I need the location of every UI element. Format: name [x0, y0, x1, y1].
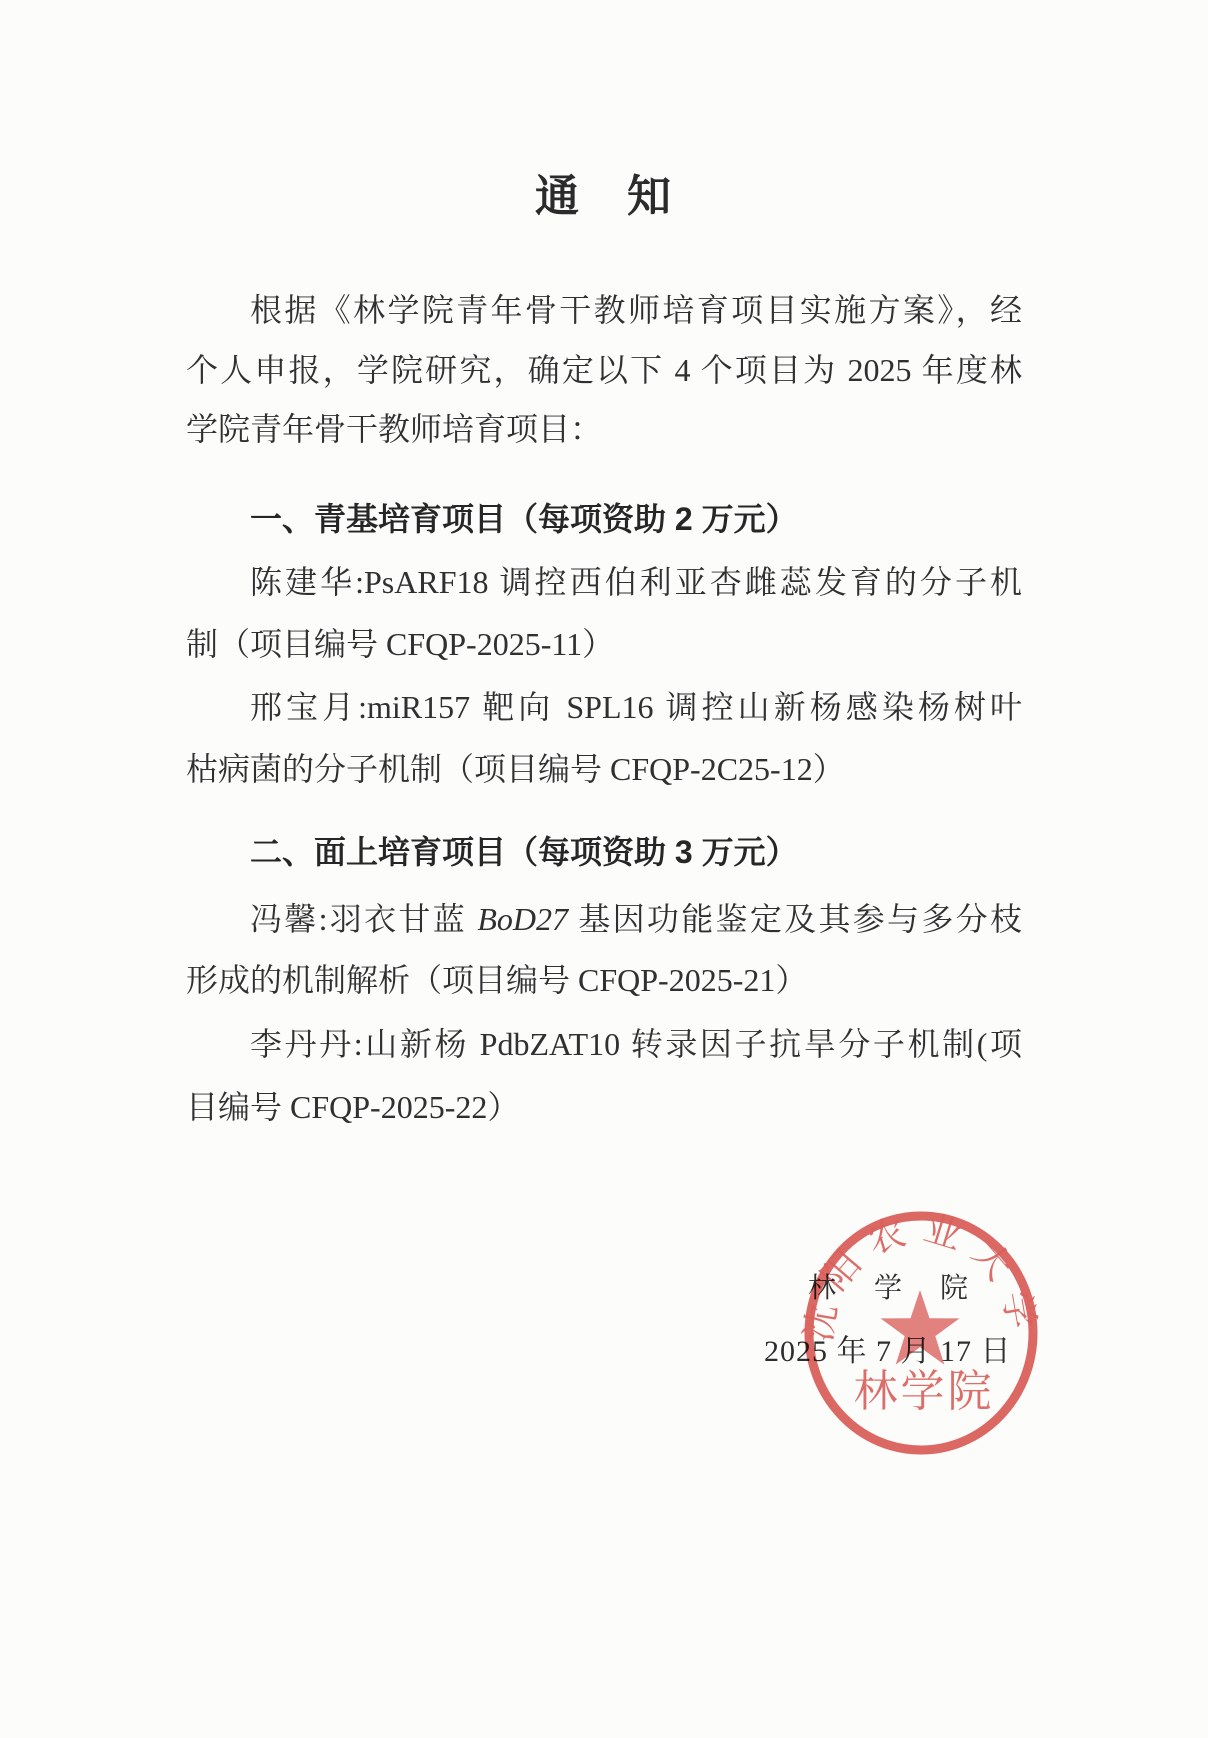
project-item-line: 目编号 CFQP-2025-22）: [186, 1086, 1022, 1128]
paragraph-line: 个人申报，学院研究，确定以下 4 个项目为 2025 年度林: [186, 349, 1022, 391]
project-item-line: 冯馨:羽衣甘蓝 BoD27 基因功能鉴定及其参与多分枝: [186, 898, 1022, 940]
project-item-line: 邢宝月:miR157 靶向 SPL16 调控山新杨感染杨树叶: [186, 686, 1022, 728]
seal-bottom-text: 林学院: [854, 1367, 995, 1416]
project-item-line: 形成的机制解析（项目编号 CFQP-2025-21）: [186, 959, 1022, 1001]
section1-heading: 一、青基培育项目（每项资助 2 万元）: [186, 498, 1022, 540]
item-text-prefix: 冯馨:羽衣甘蓝: [250, 901, 477, 937]
paragraph-line: 根据《林学院青年骨干教师培育项目实施方案》，经: [186, 289, 1022, 331]
official-seal: 沈阳农业大学 林学院: [799, 1208, 1043, 1458]
project-item-line: 陈建华:PsARF18 调控西伯利亚杏雌蕊发育的分子机: [186, 561, 1022, 603]
project-item-line: 枯病菌的分子机制（项目编号 CFQP-2C25-12）: [186, 748, 1022, 790]
project-item-line: 制（项目编号 CFQP-2025-11）: [186, 623, 1022, 665]
section2-heading: 二、面上培育项目（每项资助 3 万元）: [186, 831, 1022, 873]
seal-star: [881, 1290, 960, 1365]
paragraph-line: 学院青年骨干教师培育项目：: [186, 408, 1022, 450]
page-title: 通 知: [0, 173, 1208, 221]
gene-name-italic: BoD27: [477, 901, 568, 937]
project-item-line: 李丹丹:山新杨 PdbZAT10 转录因子抗旱分子机制(项: [186, 1023, 1022, 1065]
item-text-suffix: 基因功能鉴定及其参与多分枝: [568, 901, 1022, 937]
notice-document-page: 通 知 根据《林学院青年骨干教师培育项目实施方案》，经 个人申报，学院研究，确定…: [0, 0, 1208, 1738]
